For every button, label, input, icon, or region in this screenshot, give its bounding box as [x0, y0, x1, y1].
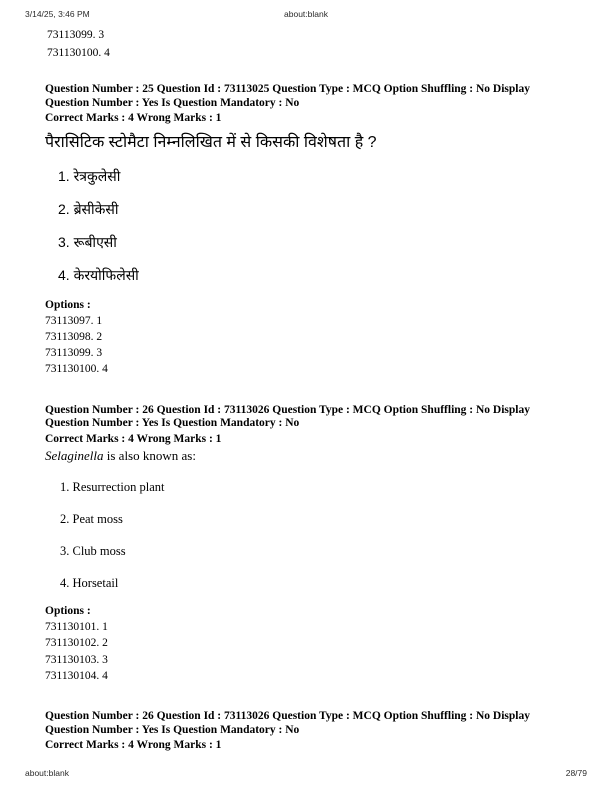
print-footer-url: about:blank: [25, 768, 69, 778]
option-id-list: 73113097. 1 73113098. 2 73113099. 3 7311…: [45, 313, 568, 378]
species-name: Selaginella: [45, 448, 104, 463]
option-id-line: 731130100. 4: [45, 361, 568, 377]
choice-item: 4. Horsetail: [60, 575, 568, 591]
question-header: Question Number : 26 Question Id : 73113…: [45, 404, 568, 431]
choice-item: 3. रूबीएसी: [58, 232, 568, 252]
question-marks: Correct Marks : 4 Wrong Marks : 1: [45, 433, 568, 447]
question-text: Selaginella is also known as:: [45, 448, 568, 464]
print-datetime: 3/14/25, 3:46 PM: [25, 9, 212, 19]
print-header: 3/14/25, 3:46 PM about:blank: [25, 9, 587, 19]
print-header-spacer: [400, 9, 587, 19]
choice-item: 2. Peat moss: [60, 511, 568, 527]
option-id-line: 73113098. 2: [45, 329, 568, 345]
print-page-title: about:blank: [212, 9, 399, 19]
question-header: Question Number : 26 Question Id : 73113…: [45, 710, 568, 737]
printed-page: 3/14/25, 3:46 PM about:blank 73113099. 3…: [0, 0, 612, 792]
options-label: Options :: [45, 298, 568, 313]
choice-list: 1. रेत्रकुलेसी 2. ब्रेसीकेसी 3. रूबीएसी …: [45, 166, 568, 285]
option-id-line: 731130102. 2: [45, 635, 568, 651]
document-content: 73113099. 3 731130100. 4 Question Number…: [45, 26, 568, 753]
options-label: Options :: [45, 604, 568, 619]
question-marks: Correct Marks : 4 Wrong Marks : 1: [45, 112, 568, 126]
question-header: Question Number : 25 Question Id : 73113…: [45, 83, 568, 110]
option-id-line: 731130103. 3: [45, 652, 568, 668]
question-text-rest: is also known as:: [104, 448, 196, 463]
question-marks: Correct Marks : 4 Wrong Marks : 1: [45, 739, 568, 753]
question-block-26: Question Number : 26 Question Id : 73113…: [45, 404, 568, 685]
choice-item: 1. रेत्रकुलेसी: [58, 166, 568, 186]
option-id-list: 731130101. 1 731130102. 2 731130103. 3 7…: [45, 619, 568, 684]
question-text: पैरासिटिक स्टोमैटा निम्नलिखित में से किस…: [45, 131, 568, 154]
option-id-line: 73113099. 3: [45, 26, 568, 44]
question-block-25: Question Number : 25 Question Id : 73113…: [45, 83, 568, 378]
option-id-line: 731130104. 4: [45, 668, 568, 684]
choice-item: 3. Club moss: [60, 543, 568, 559]
option-id-line: 73113097. 1: [45, 313, 568, 329]
question-block-26-continued: Question Number : 26 Question Id : 73113…: [45, 710, 568, 753]
option-id-line: 731130101. 1: [45, 619, 568, 635]
previous-question-option-ids: 73113099. 3 731130100. 4: [45, 26, 568, 62]
print-page-number: 28/79: [566, 768, 587, 778]
choice-item: 4. केरयोफिलेसी: [58, 265, 568, 285]
choice-item: 2. ब्रेसीकेसी: [58, 199, 568, 219]
option-id-line: 731130100. 4: [45, 44, 568, 62]
option-id-line: 73113099. 3: [45, 345, 568, 361]
choice-list: 1. Resurrection plant 2. Peat moss 3. Cl…: [45, 479, 568, 591]
choice-item: 1. Resurrection plant: [60, 479, 568, 495]
print-footer: about:blank 28/79: [25, 768, 587, 778]
